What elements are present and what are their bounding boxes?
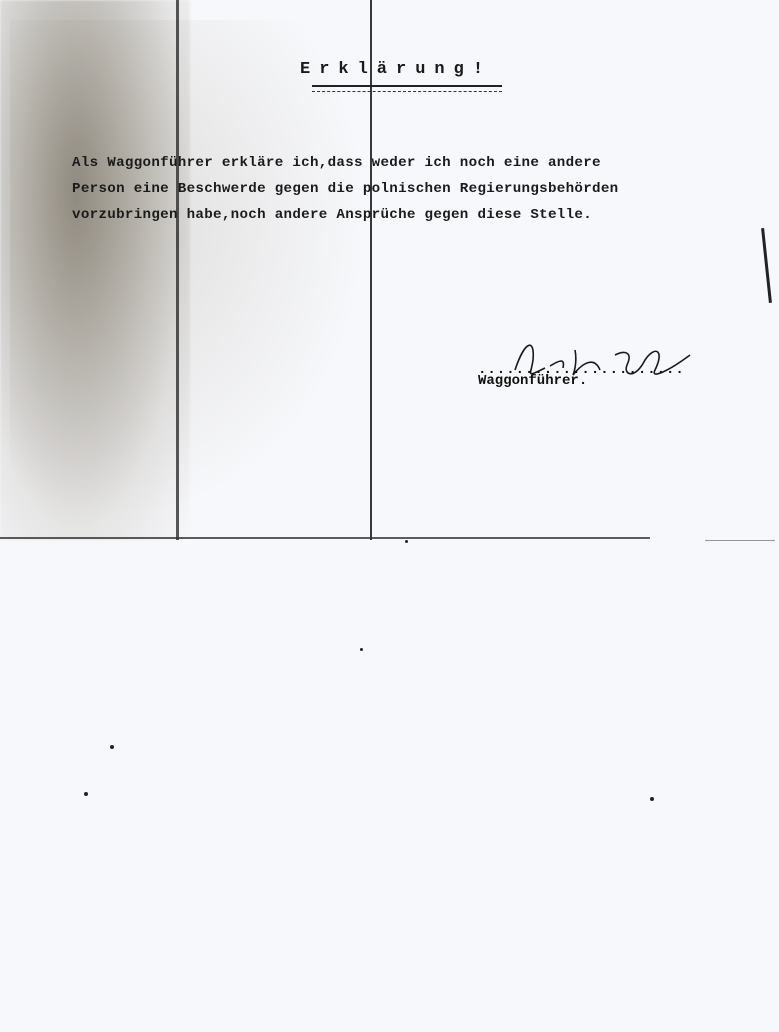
speck [84,792,88,796]
body-line: Person eine Beschwerde gegen die polnisc… [72,176,712,202]
speck [360,648,363,651]
speck [405,540,408,543]
fold-line-horizontal [0,537,650,539]
title-underline [312,85,502,92]
scanned-page: Erklärung! Als Waggonführer erkläre ich,… [0,0,779,1032]
body-line: Als Waggonführer erkläre ich,dass weder … [72,150,712,176]
photocopy-shadow [10,20,370,520]
fold-line-left [176,0,179,540]
body-line: vorzubringen habe,noch andere Ansprüche … [72,202,712,228]
edge-mark [761,228,772,303]
document-title: Erklärung! [300,60,492,79]
signature-label: Waggonführer. [478,373,587,389]
fold-line-fragment [705,540,775,541]
declaration-body: Als Waggonführer erkläre ich,dass weder … [72,150,712,228]
fold-line-vertical [370,0,372,540]
speck [110,745,114,749]
speck [650,797,654,801]
